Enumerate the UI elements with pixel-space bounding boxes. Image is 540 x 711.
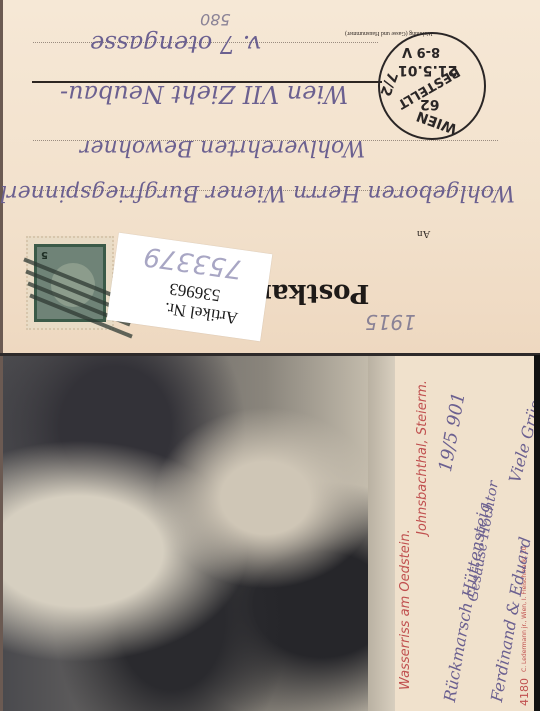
handwritten-address-line-1: Wohlgeboren Herrn Wiener Burgfriegspinne… — [0, 180, 515, 205]
postmark-code: 7/2 — [377, 70, 400, 99]
handwritten-address-line-2: Wohlverehrten Bewohner — [80, 135, 365, 160]
to-label: An — [417, 228, 430, 240]
caption-right: Johnsbachthal, Steierm. — [415, 380, 430, 535]
postmark-time: 8-9 V — [402, 44, 440, 59]
handwritten-address-line-4: v. 7 otengasse — [90, 30, 261, 58]
postmark: 8-9 V 21.5.01 BESTELLT 62 WIEN 7/2 — [378, 32, 486, 140]
handwritten-address-line-3: Wien VII Zieht Neubau- — [60, 80, 348, 108]
pencil-note-top: 580 — [200, 10, 231, 29]
landscape-photo — [3, 356, 378, 711]
publisher-number: 4180 — [518, 678, 531, 706]
scan-edge-right — [534, 355, 540, 711]
stamp-value: 5 — [41, 249, 48, 260]
pencil-note-mid: 1915 — [365, 310, 416, 334]
postcard-heading: Postkar — [258, 278, 369, 308]
caption-left: Wasserriss am Oedstein. — [398, 529, 413, 690]
postage-stamp: 5 — [26, 236, 114, 330]
sticker-label: Artikel Nr. — [163, 298, 239, 328]
